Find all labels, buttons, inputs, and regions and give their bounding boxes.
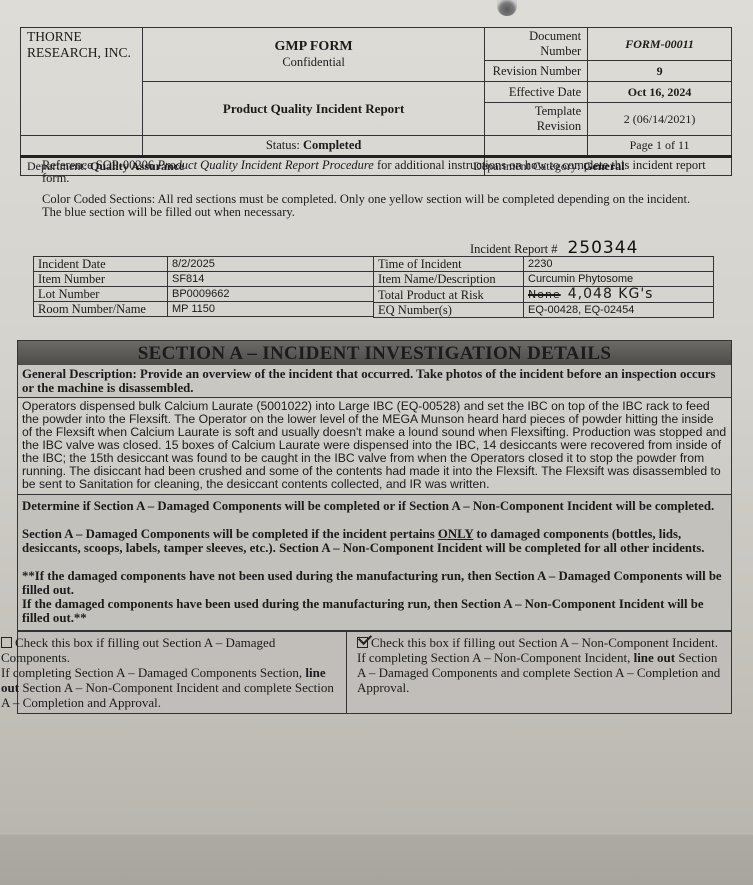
form-type-cell: GMP FORM Confidential <box>142 28 484 82</box>
option-non-component-incident: Check this box if filling out Section A … <box>347 632 731 713</box>
section-rule: Section A – Damaged Components will be c… <box>22 527 727 555</box>
item-number-field[interactable]: SF814 <box>168 272 374 287</box>
template-revision: 2 (06/14/2021) <box>588 103 732 136</box>
handwritten-value: 4,048 KG's <box>568 286 654 302</box>
revision-number: 9 <box>588 61 732 82</box>
company-name: THORNE RESEARCH, INC. <box>21 28 143 136</box>
determine-instruction: Determine if Section A – Damaged Compone… <box>22 499 727 513</box>
item-name-field[interactable]: Curcumin Phytosome <box>524 272 714 287</box>
incident-report-number: Incident Report #250344 <box>470 240 693 257</box>
page-number: Page 1 of 11 <box>588 136 732 157</box>
eq-numbers-field[interactable]: EQ-00428, EQ-02454 <box>524 303 714 318</box>
form-type: GMP FORM <box>149 39 478 55</box>
confidentiality: Confidential <box>149 55 478 70</box>
meta-label: Document Number <box>485 28 588 61</box>
section-instructions: Determine if Section A – Damaged Compone… <box>18 495 731 630</box>
lot-number-field[interactable]: BP0009662 <box>168 287 374 302</box>
meta-label: Template Revision <box>485 103 588 136</box>
incident-info-left: Incident Date8/2/2025 Item NumberSF814 L… <box>33 256 374 317</box>
non-component-incident-checkbox[interactable] <box>357 637 368 648</box>
incident-info-right: Time of Incident2230 Item Name/Descripti… <box>373 256 714 318</box>
meta-label: Effective Date <box>485 82 588 103</box>
status-value: Completed <box>303 138 361 152</box>
sop-reference: Reference SOP-00206 Product Quality Inci… <box>42 159 712 185</box>
section-a: SECTION A – INCIDENT INVESTIGATION DETAI… <box>17 340 732 714</box>
meta-label: Revision Number <box>485 61 588 82</box>
room-field[interactable]: MP 1150 <box>168 302 374 317</box>
usage-note: **If the damaged components have not bee… <box>22 569 727 625</box>
status: Status: Completed <box>142 136 484 157</box>
section-choice: Check this box if filling out Section A … <box>18 630 731 713</box>
time-of-incident-field[interactable]: 2230 <box>524 257 714 272</box>
document-number: FORM-00011 <box>588 28 732 61</box>
section-title: SECTION A – INCIDENT INVESTIGATION DETAI… <box>18 341 731 365</box>
total-product-at-risk-field[interactable]: None 4,048 KG's <box>524 287 714 303</box>
incident-report-number-field[interactable]: 250344 <box>557 240 693 257</box>
effective-date: Oct 16, 2024 <box>588 82 732 103</box>
incident-date-field[interactable]: 8/2/2025 <box>168 257 374 272</box>
color-code-instructions: Color Coded Sections: All red sections m… <box>42 193 712 219</box>
form-header: THORNE RESEARCH, INC. GMP FORM Confident… <box>20 27 732 176</box>
general-description-prompt: General Description: Provide an overview… <box>18 365 731 398</box>
option-damaged-components: Check this box if filling out Section A … <box>1 632 347 713</box>
form-title: Product Quality Incident Report <box>142 82 484 136</box>
struck-value: None <box>528 288 561 301</box>
incident-description-field[interactable]: Operators dispensed bulk Calcium Laurate… <box>18 398 731 495</box>
damaged-components-checkbox[interactable] <box>1 637 12 648</box>
